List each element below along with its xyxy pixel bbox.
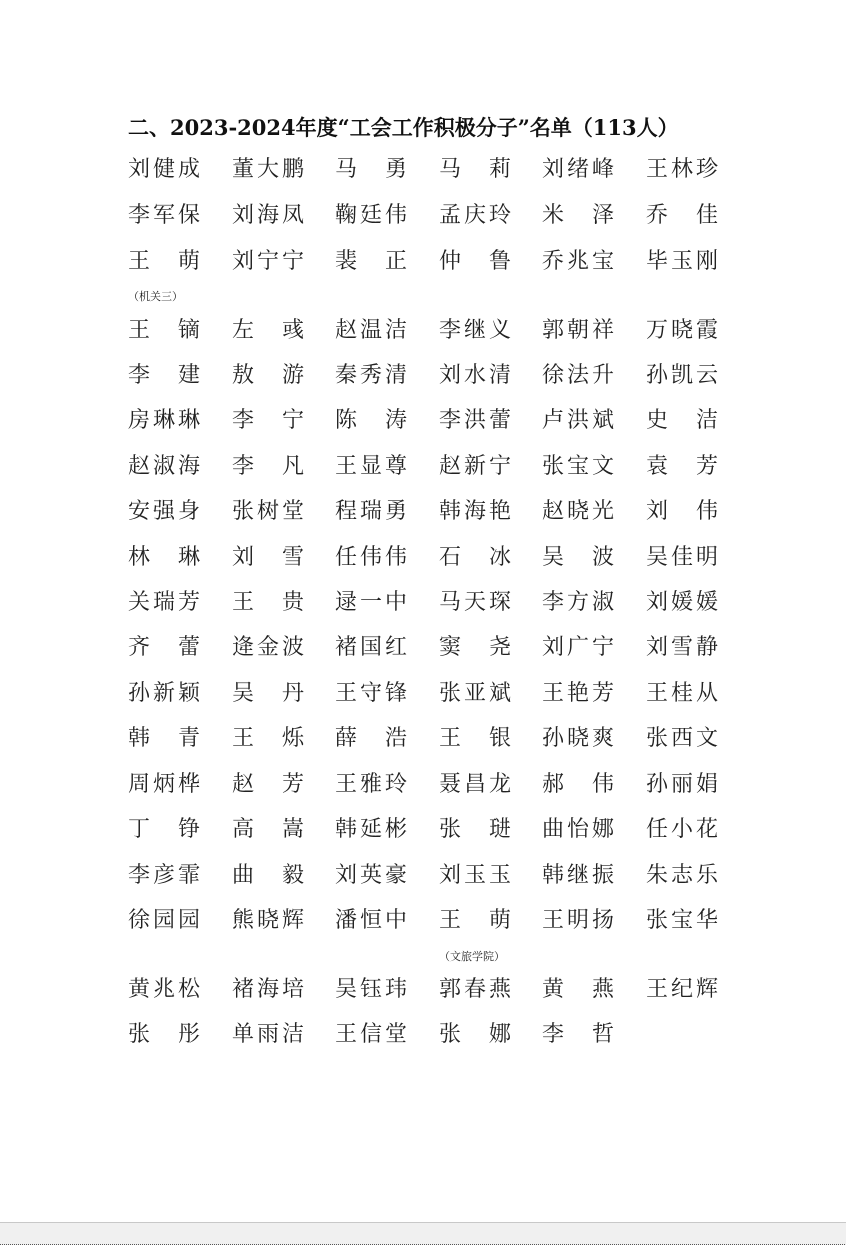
member-name: 韩青 [128, 724, 200, 754]
member-name: 刘雪静 [646, 633, 718, 663]
member-name: 韩延彬 [335, 815, 407, 845]
member-name: 刘海凤 [232, 201, 304, 231]
member-name: 乔佳 [646, 201, 718, 231]
member-name: 李哲 [542, 1020, 614, 1050]
member-name: 赵新宁 [439, 452, 511, 482]
member-name: 刘宁宁 [232, 247, 304, 277]
member-name: 徐法升 [542, 361, 614, 391]
member-name: 林琳 [128, 543, 200, 573]
member-name: 任小花 [646, 815, 718, 845]
member-name: 王银 [439, 724, 511, 754]
member-name: 徐园园 [128, 906, 200, 936]
member-name: 朱志乐 [646, 861, 718, 891]
member-name: 吴波 [542, 543, 614, 573]
member-name: 王纪辉 [646, 975, 718, 1005]
member-name: 秦秀清 [335, 361, 407, 391]
member-name: 赵淑海 [128, 452, 200, 482]
member-name: 郭朝祥 [542, 316, 614, 346]
member-name: 李军保 [128, 201, 200, 231]
member-name: 王萌 [128, 247, 200, 277]
member-name: 左彧 [232, 316, 304, 346]
member-name: 王雅玲 [335, 770, 407, 800]
member-name: 韩继振 [542, 861, 614, 891]
member-name: 薛浩 [335, 724, 407, 754]
horizontal-scrollbar[interactable] [0, 1222, 846, 1245]
member-name: 刘雪 [232, 543, 304, 573]
member-name: 孙凯云 [646, 361, 718, 391]
member-name: 潘恒中 [335, 906, 407, 936]
member-name: 李凡 [232, 452, 304, 482]
member-name: 吴佳明 [646, 543, 718, 573]
member-name: 刘媛媛 [646, 588, 718, 618]
member-name: 曲怡娜 [542, 815, 614, 845]
member-name: 安强身 [128, 497, 200, 527]
member-name: 孟庆玲 [439, 201, 511, 231]
member-name: 乔兆宝 [542, 247, 614, 277]
member-name: 李彦霏 [128, 861, 200, 891]
member-name: 王镝 [128, 316, 200, 346]
member-name: 李宁 [232, 406, 304, 436]
member-name: 王显尊 [335, 452, 407, 482]
member-name: 刘广宁 [542, 633, 614, 663]
member-name: 关瑞芳 [128, 588, 200, 618]
member-name: 刘伟 [646, 497, 718, 527]
member-name: 刘健成 [128, 155, 200, 185]
member-name: 王烁 [232, 724, 304, 754]
member-name: 敖游 [232, 361, 304, 391]
member-name: 刘英豪 [335, 861, 407, 891]
member-name: 黄燕 [542, 975, 614, 1005]
member-name: 房琳琳 [128, 406, 200, 436]
member-name: 袁芳 [646, 452, 718, 482]
member-name: 刘绪峰 [542, 155, 614, 185]
member-name: 王萌 [439, 906, 511, 936]
member-name: 孙丽娟 [646, 770, 718, 800]
affiliation-note: （文旅学院） [439, 948, 505, 964]
affiliation-note: （机关三） [128, 288, 183, 304]
member-name: 褚海培 [232, 975, 304, 1005]
member-name: 赵芳 [232, 770, 304, 800]
member-name: 马天琛 [439, 588, 511, 618]
member-name: 吴丹 [232, 679, 304, 709]
member-name: 李继义 [439, 316, 511, 346]
member-name: 刘水清 [439, 361, 511, 391]
member-name: 逯一中 [335, 588, 407, 618]
member-name: 王林珍 [646, 155, 718, 185]
member-name: 赵温洁 [335, 316, 407, 346]
member-name: 张树堂 [232, 497, 304, 527]
member-name: 万晓霞 [646, 316, 718, 346]
member-name: 仲鲁 [439, 247, 511, 277]
member-name: 张西文 [646, 724, 718, 754]
member-name: 郝伟 [542, 770, 614, 800]
member-name: 丁铮 [128, 815, 200, 845]
member-name: 单雨洁 [232, 1020, 304, 1050]
list-title: 二、2023-2024年度“工会工作积极分子”名单（113人） [128, 112, 679, 142]
member-name: 曲毅 [232, 861, 304, 891]
member-name: 李建 [128, 361, 200, 391]
member-name: 聂昌龙 [439, 770, 511, 800]
member-name: 王贵 [232, 588, 304, 618]
member-name: 赵晓光 [542, 497, 614, 527]
member-name: 任伟伟 [335, 543, 407, 573]
member-name: 张彤 [128, 1020, 200, 1050]
member-name: 张琎 [439, 815, 511, 845]
member-name: 程瑞勇 [335, 497, 407, 527]
member-name: 史洁 [646, 406, 718, 436]
member-name: 王信堂 [335, 1020, 407, 1050]
member-name: 张宝华 [646, 906, 718, 936]
member-name: 马莉 [439, 155, 511, 185]
member-name: 米泽 [542, 201, 614, 231]
member-name: 鞠廷伟 [335, 201, 407, 231]
member-name: 王明扬 [542, 906, 614, 936]
member-name: 卢洪斌 [542, 406, 614, 436]
member-name: 周炳桦 [128, 770, 200, 800]
member-name: 王艳芳 [542, 679, 614, 709]
member-name: 张亚斌 [439, 679, 511, 709]
member-name: 孙新颖 [128, 679, 200, 709]
member-name: 窦尧 [439, 633, 511, 663]
member-name: 孙晓爽 [542, 724, 614, 754]
member-name: 高嵩 [232, 815, 304, 845]
member-name: 吴钰玮 [335, 975, 407, 1005]
member-name: 李洪蕾 [439, 406, 511, 436]
member-name: 逄金波 [232, 633, 304, 663]
member-name: 齐蕾 [128, 633, 200, 663]
member-name: 董大鹏 [232, 155, 304, 185]
member-name: 张宝文 [542, 452, 614, 482]
member-name: 石冰 [439, 543, 511, 573]
document-page: 二、2023-2024年度“工会工作积极分子”名单（113人） 刘健成董大鹏马勇… [0, 0, 846, 1222]
member-name: 张娜 [439, 1020, 511, 1050]
member-name: 裴正 [335, 247, 407, 277]
member-name: 李方淑 [542, 588, 614, 618]
member-name: 王守锋 [335, 679, 407, 709]
member-name: 黄兆松 [128, 975, 200, 1005]
member-name: 王桂从 [646, 679, 718, 709]
member-name: 韩海艳 [439, 497, 511, 527]
member-name: 刘玉玉 [439, 861, 511, 891]
member-name: 熊晓辉 [232, 906, 304, 936]
member-name: 褚国红 [335, 633, 407, 663]
member-name: 陈涛 [335, 406, 407, 436]
member-name: 毕玉刚 [646, 247, 718, 277]
member-name: 郭春燕 [439, 975, 511, 1005]
member-name: 马勇 [335, 155, 407, 185]
